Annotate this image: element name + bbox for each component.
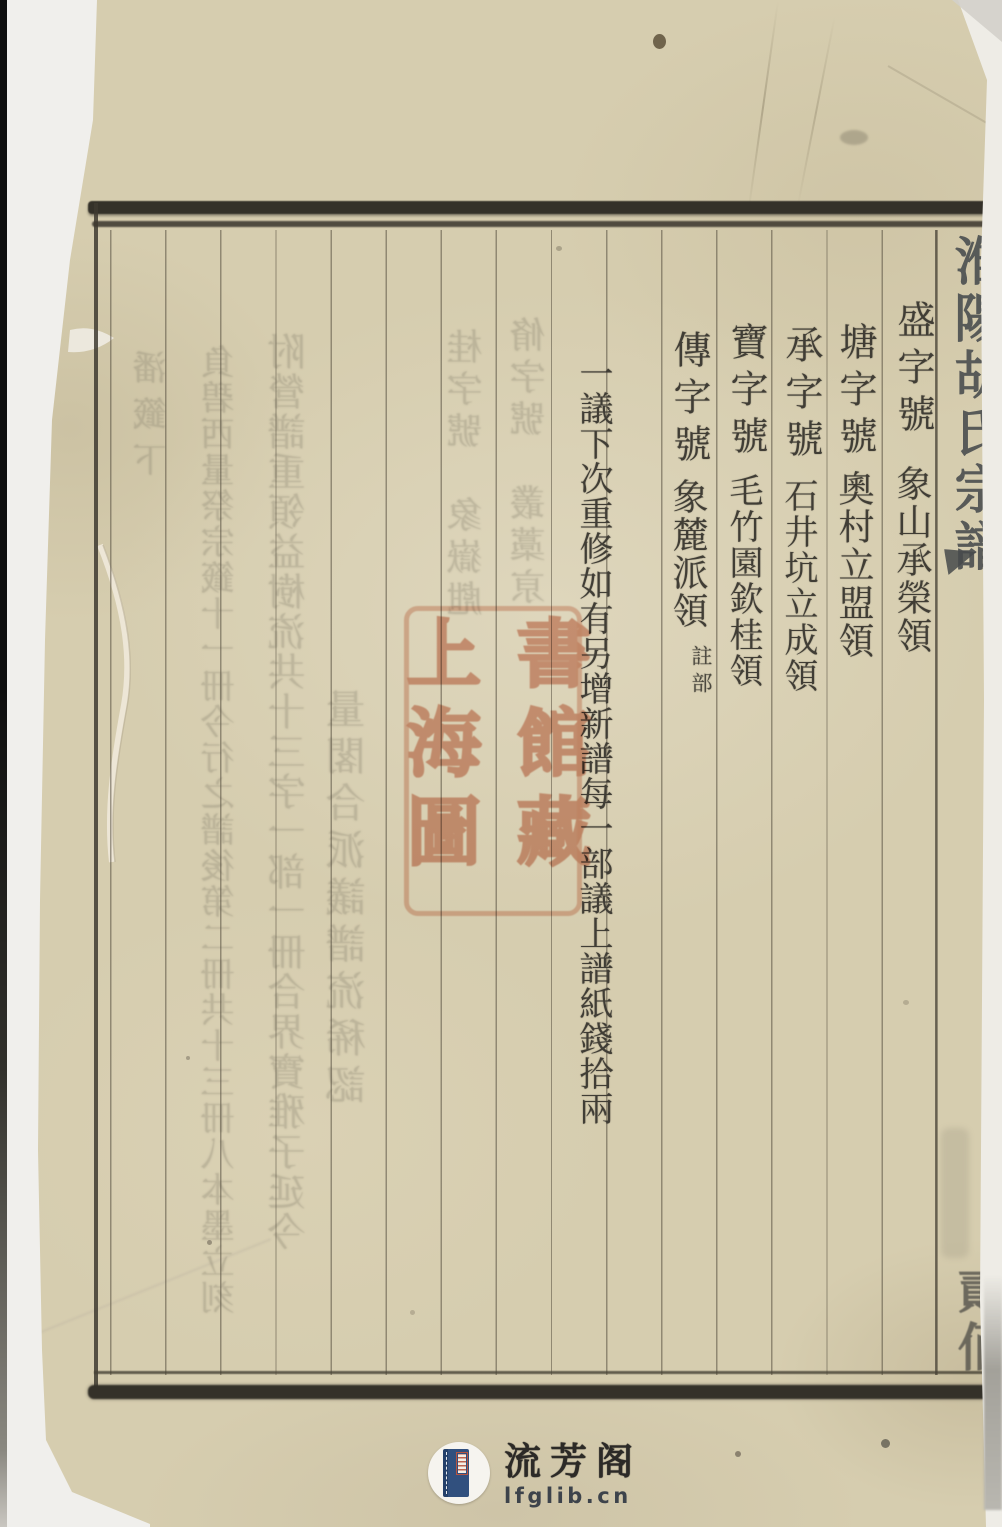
stain-speck [840, 130, 868, 145]
scan-edge-black-strip [0, 0, 7, 1527]
scanned-genealogy-page: 脩字號 叢藁亰 桂字號 象嶽甝 量閣合派議譜流稀認 附營譜重領益樹流共十三字一部… [0, 0, 1002, 1527]
frame-top-band [88, 201, 1002, 214]
stain-speck [735, 1451, 741, 1457]
frame-bottom-band [88, 1385, 1002, 1399]
site-name: 流芳阁 [504, 1442, 642, 1483]
library-seal-stamp: 上海圖 書館藏 [404, 606, 582, 916]
stain-speck [653, 34, 666, 49]
site-url: lfglib.cn [504, 1484, 642, 1508]
frame-right-line [935, 230, 937, 1375]
seal-column: 書館藏 [495, 615, 601, 911]
frame-left-border [94, 203, 98, 1395]
watermark: 流芳阁 lfglib.cn [428, 1442, 642, 1508]
seal-column: 上海圖 [385, 615, 491, 911]
frame-top-line [92, 221, 1002, 227]
watermark-text: 流芳阁 lfglib.cn [504, 1442, 642, 1508]
stain-speck [881, 1439, 890, 1448]
watermark-logo-circle [428, 1442, 490, 1504]
book-icon [443, 1449, 469, 1497]
book-title-label [456, 1452, 468, 1475]
frame-bottom-line [94, 1371, 1002, 1374]
book-stitch-decoration [446, 1452, 447, 1494]
ghost-smudge [941, 1128, 969, 1258]
scan-shadow-bottom-right [984, 1275, 1002, 1510]
